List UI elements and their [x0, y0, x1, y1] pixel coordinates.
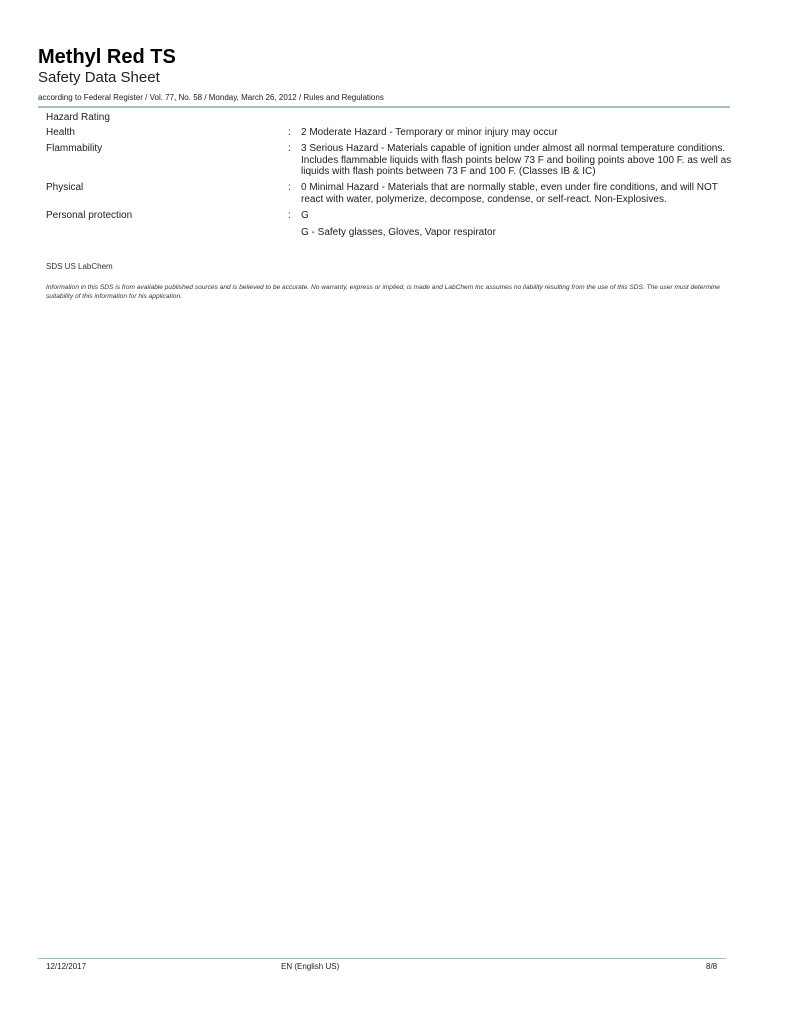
regulation-reference: according to Federal Register / Vol. 77,… [38, 93, 384, 102]
row-label: Personal protection [46, 210, 132, 222]
sds-source: SDS US LabChem [46, 262, 113, 271]
ppe-description: G - Safety glasses, Gloves, Vapor respir… [301, 227, 496, 238]
row-label: Physical [46, 182, 83, 194]
footer-language: EN (English US) [281, 962, 339, 971]
row-label: Flammability [46, 143, 102, 155]
header-divider [38, 106, 730, 108]
footer-date: 12/12/2017 [46, 962, 86, 971]
disclaimer: Information in this SDS is from availabl… [46, 283, 736, 301]
row-colon: : [288, 143, 291, 155]
row-value: 2 Moderate Hazard - Temporary or minor i… [301, 127, 741, 139]
document-title: Methyl Red TS [38, 46, 176, 69]
hazard-rating-heading: Hazard Rating [46, 112, 110, 123]
row-colon: : [288, 127, 291, 139]
row-value: 3 Serious Hazard - Materials capable of … [301, 143, 741, 178]
footer-divider [38, 958, 726, 959]
row-colon: : [288, 210, 291, 222]
row-colon: : [288, 182, 291, 194]
row-value: G [301, 210, 741, 222]
row-label: Health [46, 127, 75, 139]
document-subtitle: Safety Data Sheet [38, 69, 160, 86]
footer-page-number: 8/8 [706, 962, 717, 971]
row-value: 0 Minimal Hazard - Materials that are no… [301, 182, 741, 205]
